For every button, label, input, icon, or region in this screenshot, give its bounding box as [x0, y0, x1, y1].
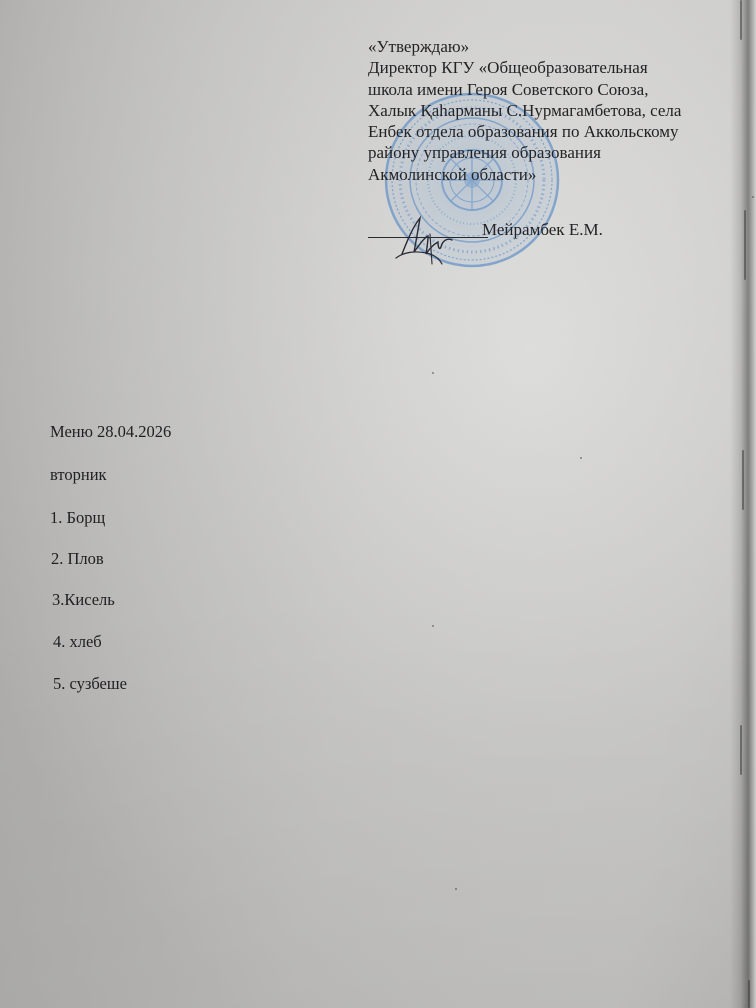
speck: [432, 625, 434, 627]
menu-title: Меню 28.04.2026: [50, 422, 171, 442]
speck: [455, 888, 457, 890]
speck: [432, 372, 434, 374]
approval-line: школа имени Героя Советского Союза,: [368, 79, 753, 100]
menu-item: 2. Плов: [51, 549, 104, 569]
edge-mark: [740, 0, 742, 40]
edge-mark: [742, 450, 744, 510]
approval-heading: «Утверждаю»: [368, 36, 753, 57]
menu-item: 3.Кисель: [52, 590, 115, 610]
approval-line: району управления образования: [368, 142, 753, 163]
edge-mark: [744, 210, 746, 280]
signer-name: Мейрамбек Е.М.: [482, 220, 603, 240]
approval-line: Енбек отдела образования по Аккольскому: [368, 121, 753, 142]
speck: [580, 457, 582, 459]
menu-item: 1. Борщ: [50, 508, 105, 528]
handwritten-signature-icon: [390, 214, 460, 266]
edge-mark: [740, 725, 742, 775]
menu-weekday: вторник: [50, 465, 107, 485]
approval-block: «Утверждаю» Директор КГУ «Общеобразовате…: [368, 36, 753, 185]
approval-line: Акмолинской области»: [368, 164, 753, 185]
menu-item: 5. сузбеше: [53, 674, 127, 694]
edge-mark: [748, 980, 750, 1008]
speck: [752, 196, 754, 198]
menu-item: 4. хлеб: [53, 632, 102, 652]
approval-line: Директор КГУ «Общеобразовательная: [368, 57, 753, 78]
signature-row: Мейрамбек Е.М.: [368, 218, 668, 268]
approval-line: Халык Қаһарманы С.Нурмагамбетова, села: [368, 100, 753, 121]
